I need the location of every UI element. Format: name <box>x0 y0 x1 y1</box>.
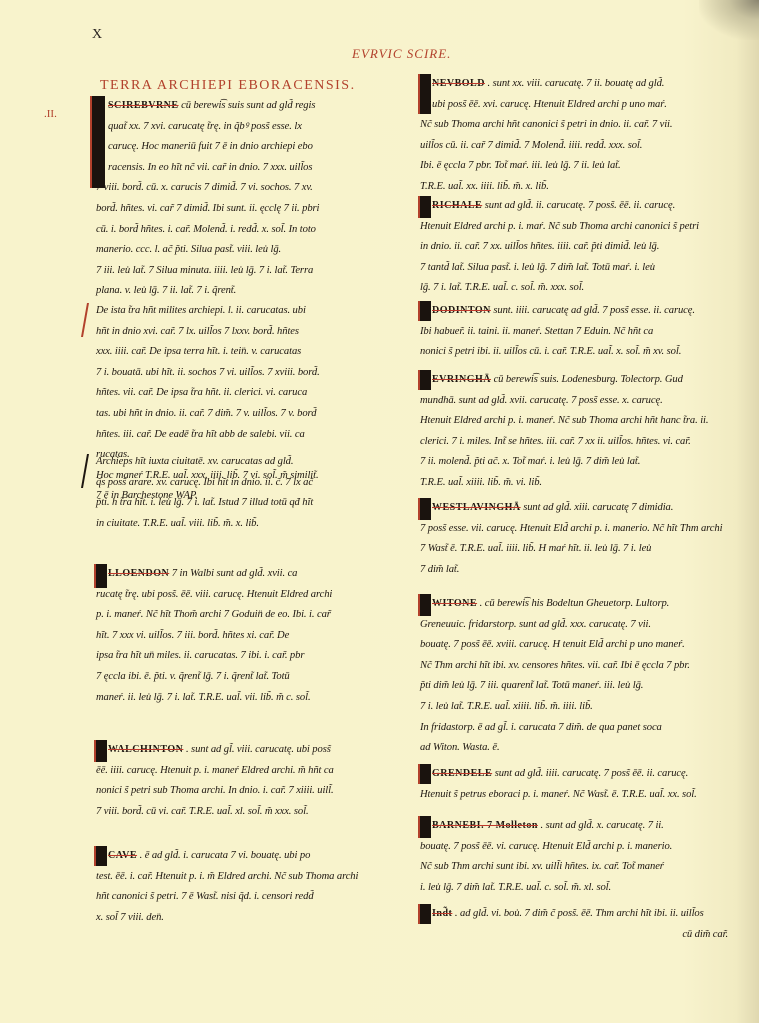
entry-line: 7 Wast̃ ē. T.R.E. ual̃. iiii. lib̃. H ma… <box>420 539 740 560</box>
entry-line: WESTLAVINGHĀ sunt ad gld̃. xiii. carucat… <box>420 498 740 519</box>
entry-line: hñtes. vii. car̃. De ipsa t̃ra hñt. ii. … <box>96 383 416 404</box>
entry-line: Ibi. ē ęccla 7 pbr. Tot̃ maŕ. iii. leu̇ … <box>420 156 740 177</box>
chapter-title: TERRA ARCHIEPI EBORACENSIS. <box>100 78 356 94</box>
entry-line: p̃ti dim̃ leu̇ lḡ. 7 iii. quarent̃ lat̃.… <box>420 676 740 697</box>
entry-neubold: NEVBOLD . sunt xx. viii. carucatę. 7 ii.… <box>420 74 740 198</box>
entry-line: i. leu̇ lḡ. 7 dim̃ lat̃. T.R.E. ual̃. c.… <box>420 878 740 899</box>
running-head: EVRVIC SCIRE. <box>352 46 451 62</box>
entry-line: GRENDELE sunt ad gld̃. iiii. carucatę. 7… <box>420 764 740 785</box>
entry-lloendon: LLOENDON 7 in Walbi sunt ad gld̃. xvii. … <box>96 564 416 708</box>
entry-line: SCIREBVRNE cū berewi͡s suis sunt ad gld̃… <box>96 96 416 117</box>
entry-line: NEVBOLD . sunt xx. viii. carucatę. 7 ii.… <box>420 74 740 95</box>
entry-line: rucatę t̃rę. ubi poss̃. ēē. viii. carucę… <box>96 585 416 606</box>
entry-barnebi: BARNEBI. 7 Molleton . sunt ad gld̃. x. c… <box>420 816 740 898</box>
illuminated-initial-i <box>94 846 107 866</box>
entry-line: ad Witon. Wasta. ē. <box>420 738 740 759</box>
entry-line: cū. i. bord̃ hñtes. i. car̃. Molend̃. i.… <box>96 220 416 241</box>
entry-line: tas. ubi hñt in dnio. ii. car̃. 7 dim̃. … <box>96 404 416 425</box>
place-name: RICHALE <box>432 200 482 211</box>
illuminated-initial-i <box>418 904 431 924</box>
entry-line: 7 i. leu̇ lat̃. T.R.E. ual̃. xiiii. lib̃… <box>420 697 740 718</box>
entry-line: bord̃. hñtes. vi. car̃ 7 dimid̃. Ibi sun… <box>96 199 416 220</box>
entry-line: xxx. iiii. car̃. De ipsa terra hĩt. i. t… <box>96 342 416 363</box>
entry-line: Ind̃t . ad gld̃. vi. bou̇. 7 dim̃ c̃ pos… <box>420 904 740 925</box>
entry-line: 7 iii. leu̇ lat̃. 7 Silua minuta. iiii. … <box>96 261 416 282</box>
illuminated-initial-i <box>418 764 431 784</box>
illuminated-initial-i <box>94 740 107 762</box>
entry-line: plana. v. leu̇ lḡ. 7 ii. lat̃. 7 i. q̃re… <box>96 281 416 302</box>
entry-archieps-ciuitate: Archieps hĩt iuxta ciuitatē. xv. carucat… <box>96 452 416 534</box>
entry-line: hñt in dnio xvi. car̃. 7 lx. uill̃os 7 l… <box>96 322 416 343</box>
place-name: LLOENDON <box>108 568 169 579</box>
entry-line: maneŕ. ii. leu̇ lḡ. 7 i. lat̃. T.R.E. ua… <box>96 688 416 709</box>
entry-line: 7 i. bouatā. ubi hĩt. ii. sochos 7 vi. u… <box>96 363 416 384</box>
place-name: EVRINGHĀ <box>432 374 491 385</box>
entry-line: lḡ. 7 i. lat̃. T.R.E. ual̃. c. sol̃. m̃.… <box>420 278 740 299</box>
entry-line: ubi poss̃ ēē. xvi. carucę. Htenuit Eldre… <box>420 95 740 116</box>
entry-line: manerio. ccc. l. ac̃ p̃ti. Silua past̃. … <box>96 240 416 261</box>
entry-line: Htenuit Eldred archi p. i. maŕ. Nc̃ sub … <box>420 217 740 238</box>
entry-line: mundhā. sunt ad gld̃. xvii. carucatę. 7 … <box>420 391 740 412</box>
entry-line: 7 viii. bord̃. cū vi. car̃. T.R.E. ual̃.… <box>96 802 416 823</box>
paragraph-mark <box>81 454 89 488</box>
page-corner-shadow <box>699 0 759 40</box>
illuminated-initial-i <box>418 370 431 390</box>
entry-line: T.R.E. ual̃. xiiii. lib̃. m̃. vi. lib̃. <box>420 473 740 494</box>
entry-line: RICHALE sunt ad gld̃. ii. carucatę. 7 po… <box>420 196 740 217</box>
entry-line: Greneuuic. fridarstorp. sunt ad gld̃. xx… <box>420 615 740 636</box>
entry-line: hñtes. iii. car̃. De eadē t̃ra hĩt abb d… <box>96 425 416 446</box>
entry-cave: CAVE . ē ad gld̃. i. carucata 7 vi. boua… <box>96 846 416 928</box>
entry-line: DODINTON sunt. iiii. carucatę ad gld̃. 7… <box>420 301 740 322</box>
entry-line: clerici. 7 i. miles. Int̃ se hñtes. iii.… <box>420 432 740 453</box>
entry-line: Htenuit s̃ petrus eboraci p. i. maneŕ. N… <box>420 785 740 806</box>
place-name: SCIREBVRNE <box>108 100 179 111</box>
entry-line: Nc̃ Thm archi hĩt ibi. xv. censores hñte… <box>420 656 740 677</box>
entry-line: Nc̃ sub Thm archi sunt ibi. xv. uill̃i h… <box>420 857 740 878</box>
entry-line: test. ēē. i. car̃. Htenuit p. i. m̃ Eldr… <box>96 867 416 888</box>
entry-line: 7 viii. bord̃. cū. x. carucis 7 dimid̃. … <box>96 178 416 199</box>
entry-dodinton: DODINTON sunt. iiii. carucatę ad gld̃. 7… <box>420 301 740 363</box>
entry-line: carucę. Hoc maneriū fuit 7 ē in dnio arc… <box>96 137 416 158</box>
entry-richale: RICHALE sunt ad gld̃. ii. carucatę. 7 po… <box>420 196 740 299</box>
margin-chapter-number: .II. <box>44 108 57 120</box>
entry-line: in ciuitate. T.R.E. ual̃. viii. lib̃. m̃… <box>96 514 416 535</box>
entry-everingham: EVRINGHĀ cū berewi͡s suis. Lodenesburg. … <box>420 370 740 494</box>
entry-walchinton: WALCHINTON . sunt ad gl̃. viii. carucatę… <box>96 740 416 822</box>
entry-line: 7 ii. molend̃. p̃ti ac̃. x. Tot̃ maŕ. i.… <box>420 452 740 473</box>
entry-line: nonici s̃ petri sub Thoma archi. In dnio… <box>96 781 416 802</box>
illuminated-initial-i <box>418 196 431 218</box>
entry-line: ēē. iiii. carucę. Htenuit p. i. maneŕ El… <box>96 761 416 782</box>
entry-line: p. i. maneŕ. Nc̃ hĩt Thom̃ archi 7 Godui… <box>96 605 416 626</box>
entry-line: BARNEBI. 7 Molleton . sunt ad gld̃. x. c… <box>420 816 740 837</box>
place-name: Ind̃t <box>432 908 452 919</box>
place-name: NEVBOLD <box>432 78 485 89</box>
entry-line: bouatę. 7 poss̃ ēē. xviii. carucę. H ten… <box>420 635 740 656</box>
entry-line: racensis. In eo hĩt nc̃ vii. car̃ in dni… <box>96 158 416 179</box>
illuminated-initial-i <box>90 96 105 188</box>
page-number: X <box>92 27 102 43</box>
place-name: WITONE <box>432 598 477 609</box>
illuminated-initial-i <box>418 498 431 520</box>
entry-line: hĩt. 7 xxx vi. uill̃os. 7 iii. bord̃. hñ… <box>96 626 416 647</box>
paragraph-mark <box>81 303 89 337</box>
entry-line: quat̃ xx. 7 xvi. carucatę t̃rę. in q̃bꝰ … <box>96 117 416 138</box>
entry-line: Archieps hĩt iuxta ciuitatē. xv. carucat… <box>96 452 416 473</box>
entry-line: Htenuit Eldred archi p. i. maneŕ. Nc̃ su… <box>420 411 740 432</box>
entry-indet: Ind̃t . ad gld̃. vi. bou̇. 7 dim̃ c̃ pos… <box>420 904 740 945</box>
illuminated-initial-i <box>418 816 431 838</box>
entry-line: p̃ti. h t̃ra hĩt. i. leu̇ lḡ. 7 i. lat̃.… <box>96 493 416 514</box>
entry-line: LLOENDON 7 in Walbi sunt ad gld̃. xvii. … <box>96 564 416 585</box>
entry-westlavingham: WESTLAVINGHĀ sunt ad gld̃. xiii. carucat… <box>420 498 740 580</box>
place-name: WALCHINTON <box>108 744 183 755</box>
entry-line: WALCHINTON . sunt ad gl̃. viii. carucatę… <box>96 740 416 761</box>
entry-line: De ista t̃ra hñt milites archiepi. l. ii… <box>96 301 416 322</box>
place-name: GRENDELE <box>432 768 492 779</box>
entry-line: x. sol̃ 7 viii. den̈. <box>96 908 416 929</box>
entry-line: T.R.E. ual̃. xx. iiii. lib̃. m̃. x. lib̃… <box>420 177 740 198</box>
illuminated-initial-i <box>418 301 431 321</box>
entry-line: hñt canonici s̃ petri. 7 ē Wast̃. nisi q… <box>96 887 416 908</box>
entry-line: cū dim̃ car̃. <box>420 925 740 946</box>
entry-line: 7 dim̃ lat̃. <box>420 560 740 581</box>
entry-line: bouatę. 7 poss̃ ēē. vi. carucę. Htenuit … <box>420 837 740 858</box>
entry-line: 7 tantd̃ lat̃. Silua past̃. i. leu̇ lḡ. … <box>420 258 740 279</box>
entry-line: EVRINGHĀ cū berewi͡s suis. Lodenesburg. … <box>420 370 740 391</box>
place-name: CAVE <box>108 850 137 861</box>
illuminated-initial-i <box>418 594 431 616</box>
entry-line: 7 ęccla ibi. ē. p̃ti. v. q̃rent̃ lḡ. 7 i… <box>96 667 416 688</box>
entry-line: q̃s poss̃ arare. xv. carucę. Ibi hĩt in … <box>96 473 416 494</box>
entry-scireburne: SCIREBVRNE cū berewi͡s suis sunt ad gld̃… <box>96 96 416 302</box>
entry-line: 7 poss̃ esse. vii. carucę. Htenuit Eld̃ … <box>420 519 740 540</box>
entry-grendele: GRENDELE sunt ad gld̃. iiii. carucatę. 7… <box>420 764 740 805</box>
place-name: BARNEBI. 7 Molleton <box>432 820 538 831</box>
entry-line: in dnio. ii. car̃. 7 xx. uill̃os hñtes. … <box>420 237 740 258</box>
entry-witone: WITONE . cū berewi͡s his Bodeltun Gheuet… <box>420 594 740 759</box>
entry-line: Nc̃ sub Thoma archi hñt canonici s̃ petr… <box>420 115 740 136</box>
entry-line: CAVE . ē ad gld̃. i. carucata 7 vi. boua… <box>96 846 416 867</box>
illuminated-initial-i <box>418 74 431 114</box>
entry-line: uill̃os cū. ii. car̃ 7 dimid̃. 7 Molend̃… <box>420 136 740 157</box>
illuminated-initial-i <box>94 564 107 588</box>
place-name: WESTLAVINGHĀ <box>432 502 521 513</box>
entry-line: Ibi habuer̃. ii. taini. ii. maneŕ. Stett… <box>420 322 740 343</box>
manuscript-page: X EVRVIC SCIRE. TERRA ARCHIEPI EBORACENS… <box>0 0 759 1023</box>
place-name: DODINTON <box>432 305 491 316</box>
entry-line: In fridastorp. ē ad gl̃. i. carucata 7 d… <box>420 718 740 739</box>
entry-line: WITONE . cū berewi͡s his Bodeltun Gheuet… <box>420 594 740 615</box>
entry-line: ipsa t̃ra hĩt un̈ miles. ii. carucatas. … <box>96 646 416 667</box>
entry-line: nonici s̃ petri ibi. ii. uill̃os cū. i. … <box>420 342 740 363</box>
